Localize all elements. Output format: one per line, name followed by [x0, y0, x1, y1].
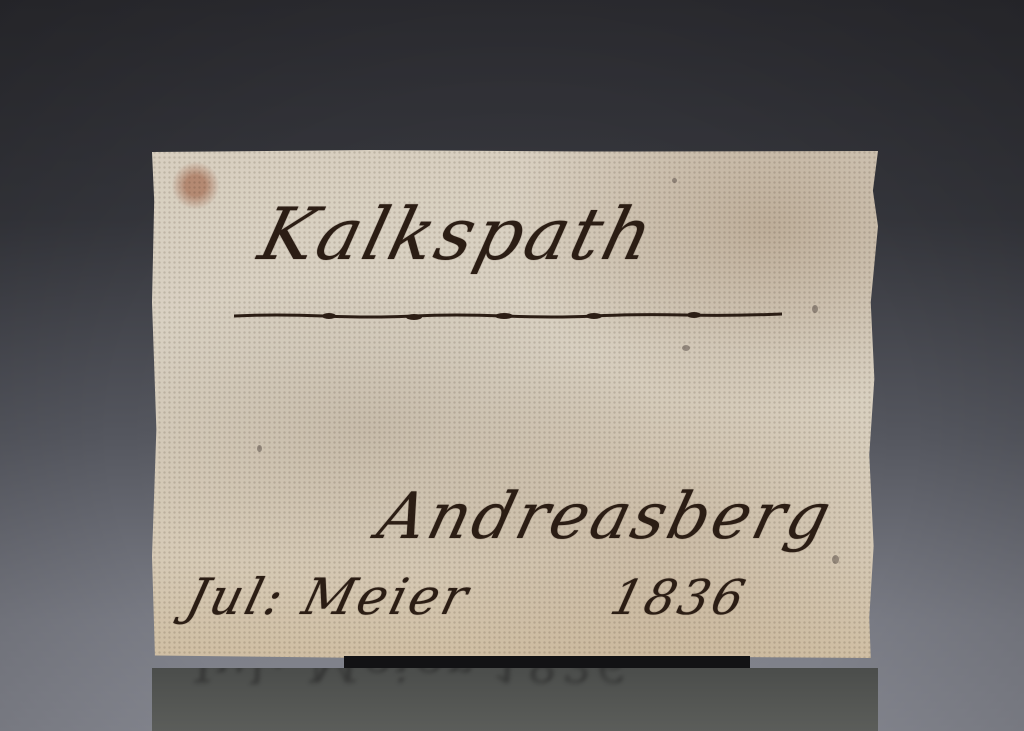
title-underline [234, 312, 782, 318]
label-collector: Jul: Meier [181, 568, 477, 626]
label-year: 1836 [605, 570, 753, 626]
ink-speck [257, 445, 262, 452]
ink-speck [672, 178, 677, 183]
reflection-text: Jul: Meier 1836 [185, 668, 639, 692]
ink-speck [812, 305, 818, 313]
mineral-label-paper: Kalkspath Andreasberg Jul: Meier 1836 [152, 150, 878, 658]
label-title-mineral-name: Kalkspath [252, 192, 665, 276]
label-reflection: Jul: Meier 1836 [152, 668, 878, 731]
label-locality: Andreasberg [371, 480, 841, 554]
ink-speck [832, 555, 839, 564]
ink-speck [682, 345, 690, 351]
